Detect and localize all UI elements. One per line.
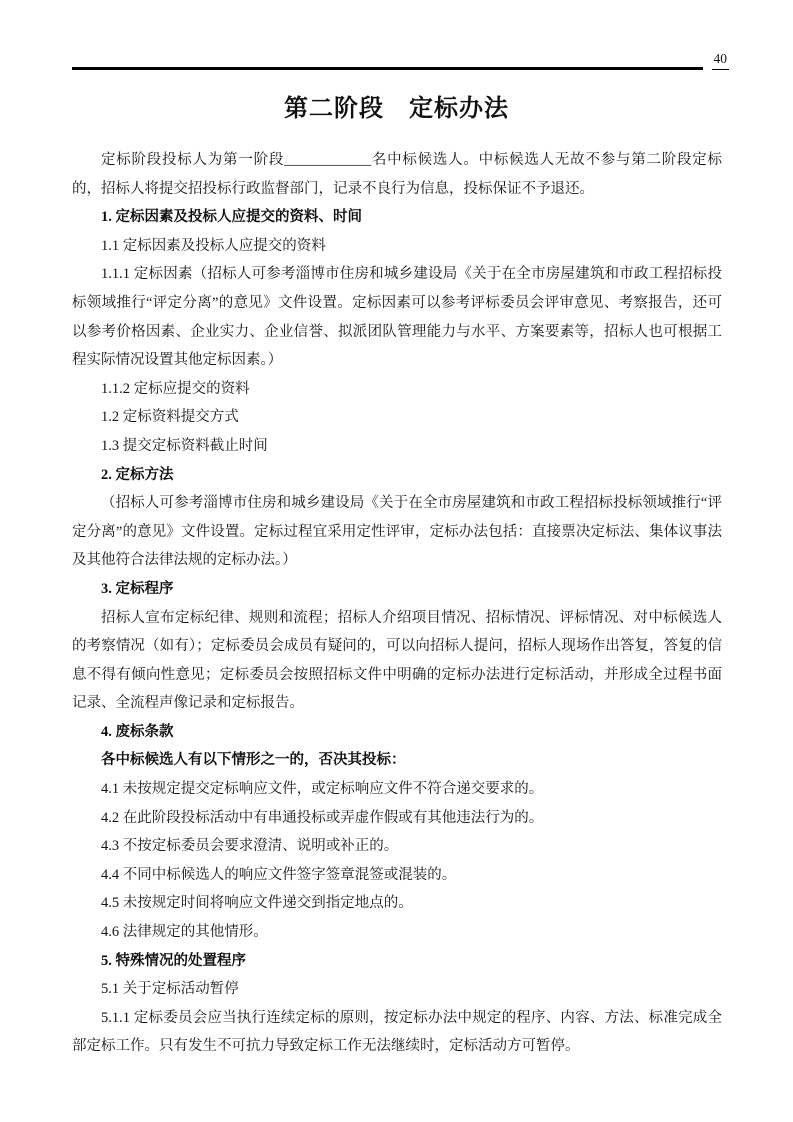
paragraph: 4.1 未按规定提交定标响应文件，或定标响应文件不符合递交要求的。 (72, 775, 722, 804)
paragraph: 4.2 在此阶段投标活动中有串通投标或弄虚作假或有其他违法行为的。 (72, 804, 722, 833)
paragraph: 4.5 未按规定时间将响应文件递交到指定地点的。 (72, 889, 722, 918)
section-heading: 各中标候选人有以下情形之一的，否决其投标： (72, 746, 722, 775)
section-heading: 3. 定标程序 (72, 575, 722, 604)
paragraph: 5.1.1 定标委员会应当执行连续定标的原则，按定标办法中规定的程序、内容、方法… (72, 1004, 722, 1061)
section-heading: 4. 废标条款 (72, 718, 722, 747)
header-rule (72, 67, 703, 70)
section-heading: 1. 定标因素及投标人应提交的资料、时间 (72, 203, 722, 232)
document-body: 定标阶段投标人为第一阶段____________名中标候选人。中标候选人无故不参… (72, 146, 722, 1061)
section-heading: 5. 特殊情况的处置程序 (72, 947, 722, 976)
paragraph: 招标人宣布定标纪律、规则和流程；招标人介绍项目情况、招标情况、评标情况、对中标候… (72, 604, 722, 718)
paragraph: 4.6 法律规定的其他情形。 (72, 918, 722, 947)
section-heading: 2. 定标方法 (72, 461, 722, 490)
paragraph: 5.1 关于定标活动暂停 (72, 975, 722, 1004)
paragraph: 1.1.1 定标因素（招标人可参考淄博市住房和城乡建设局《关于在全市房屋建筑和市… (72, 260, 722, 374)
document-title: 第二阶段 定标办法 (0, 88, 793, 123)
paragraph: 1.1 定标因素及投标人应提交的资料 (72, 232, 722, 261)
paragraph: 1.1.2 定标应提交的资料 (72, 375, 722, 404)
page-header: 40 (72, 52, 729, 70)
paragraph: （招标人可参考淄博市住房和城乡建设局《关于在全市房屋建筑和市政工程招标投标领域推… (72, 489, 722, 575)
page-number: 40 (712, 52, 730, 70)
paragraph: 4.4 不同中标候选人的响应文件签字签章混签或混装的。 (72, 861, 722, 890)
paragraph: 1.3 提交定标资料截止时间 (72, 432, 722, 461)
document-page: 40 第二阶段 定标办法 定标阶段投标人为第一阶段____________名中标… (0, 0, 793, 1122)
paragraph: 定标阶段投标人为第一阶段____________名中标候选人。中标候选人无故不参… (72, 146, 722, 203)
paragraph: 4.3 不按定标委员会要求澄清、说明或补正的。 (72, 832, 722, 861)
paragraph: 1.2 定标资料提交方式 (72, 403, 722, 432)
